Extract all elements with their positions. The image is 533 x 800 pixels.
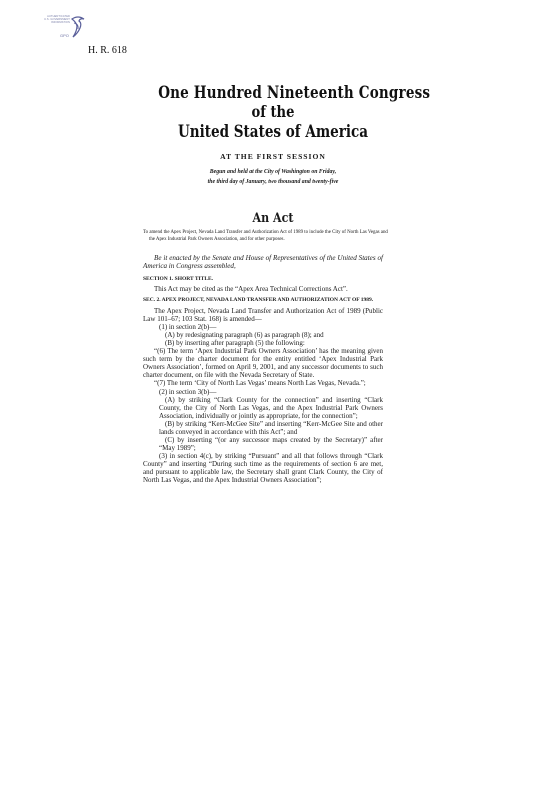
paragraph-1-A: (A) by redesignating paragraph (6) as pa… xyxy=(143,331,383,339)
paragraph-1: (1) in section 2(b)— xyxy=(143,323,383,331)
paragraph-3: (3) in section 4(c), by striking “Pursua… xyxy=(143,452,383,484)
begun-line-1: Begun and held at the City of Washington… xyxy=(133,168,413,178)
congress-title: One Hundred Nineteenth Congress of the U… xyxy=(133,83,413,142)
section-2-intro: The Apex Project, Nevada Land Transfer a… xyxy=(143,307,383,323)
begun-held-statement: Begun and held at the City of Washington… xyxy=(133,168,413,187)
logo-mark: GPO xyxy=(60,33,69,38)
paragraph-2-C: (C) by inserting “(or any successor maps… xyxy=(143,436,383,452)
gpo-eagle-logo-icon xyxy=(70,15,86,41)
quoted-definition-6: “(6) The term ‘Apex Industrial Park Owne… xyxy=(143,347,383,379)
bill-number: H. R. 618 xyxy=(88,45,127,56)
logo-line: INFORMATION xyxy=(34,21,70,24)
title-line-2: of the xyxy=(158,103,388,121)
enacting-clause: Be it enacted by the Senate and House of… xyxy=(143,254,383,271)
section-1-heading: SECTION 1. SHORT TITLE. xyxy=(143,276,383,283)
an-act-heading: An Act xyxy=(154,211,392,226)
act-purpose: To amend the Apex Project, Nevada Land T… xyxy=(143,230,389,243)
gpo-authenticated-logo: AUTHENTICATED U.S. GOVERNMENT INFORMATIO… xyxy=(34,13,88,43)
paragraph-2-B: (B) by striking “Kerr-McGee Site” and in… xyxy=(143,420,383,436)
begun-line-2: the third day of January, two thousand a… xyxy=(133,178,413,188)
quoted-definition-7: “(7) The term ‘City of North Las Vegas’ … xyxy=(143,379,383,387)
paragraph-2-A: (A) by striking “Clark County for the co… xyxy=(143,396,383,420)
paragraph-1-B: (B) by inserting after paragraph (5) the… xyxy=(143,339,383,347)
session-heading: AT THE FIRST SESSION xyxy=(133,152,413,161)
title-line-3: United States of America xyxy=(158,121,388,142)
title-line-1: One Hundred Nineteenth Congress xyxy=(158,83,388,103)
section-1-text: This Act may be cited as the “Apex Area … xyxy=(143,285,383,293)
section-2-heading: SEC. 2. APEX PROJECT, NEVADA LAND TRANSF… xyxy=(143,297,383,304)
bill-body: SECTION 1. SHORT TITLE. This Act may be … xyxy=(143,276,383,484)
paragraph-2: (2) in section 3(b)— xyxy=(143,388,383,396)
logo-caption: AUTHENTICATED U.S. GOVERNMENT INFORMATIO… xyxy=(34,15,70,25)
